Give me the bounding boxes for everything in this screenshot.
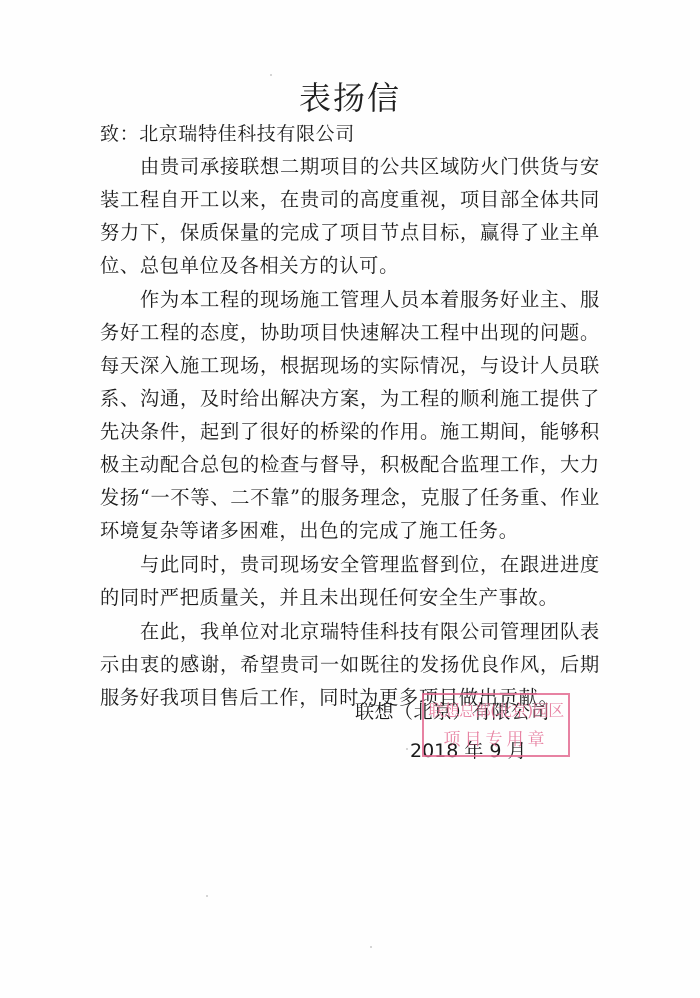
scan-speck [370, 946, 372, 948]
letter-title: 表扬信 [0, 78, 700, 118]
stamp-text-line2: 项目专用章 [424, 729, 568, 751]
stamp-text-line1: 联想总部(北京)园区 [424, 701, 568, 721]
scan-speck [206, 895, 208, 897]
letter-page: 表扬信 致：北京瑞特佳科技有限公司 由贵司承接联想二期项目的公共区域防火门供货与… [0, 0, 700, 998]
paragraph-2: 作为本工程的现场施工管理人员本着服务好业主、服务好工程的态度，协助项目快速解决工… [100, 283, 600, 547]
scan-speck [406, 748, 408, 750]
letter-body: 由贵司承接联想二期项目的公共区域防火门供货与安装工程自开工以来，在贵司的高度重视… [100, 150, 600, 715]
scan-speck [270, 74, 272, 76]
salutation: 致：北京瑞特佳科技有限公司 [100, 120, 355, 148]
scan-speck [278, 468, 280, 470]
official-seal-stamp: 联想总部(北京)园区 项目专用章 [422, 693, 570, 757]
paragraph-1: 由贵司承接联想二期项目的公共区域防火门供货与安装工程自开工以来，在贵司的高度重视… [100, 150, 600, 282]
paragraph-3: 与此同时，贵司现场安全管理监督到位，在跟进进度的同时严把质量关，并且未出现任何安… [100, 548, 600, 614]
